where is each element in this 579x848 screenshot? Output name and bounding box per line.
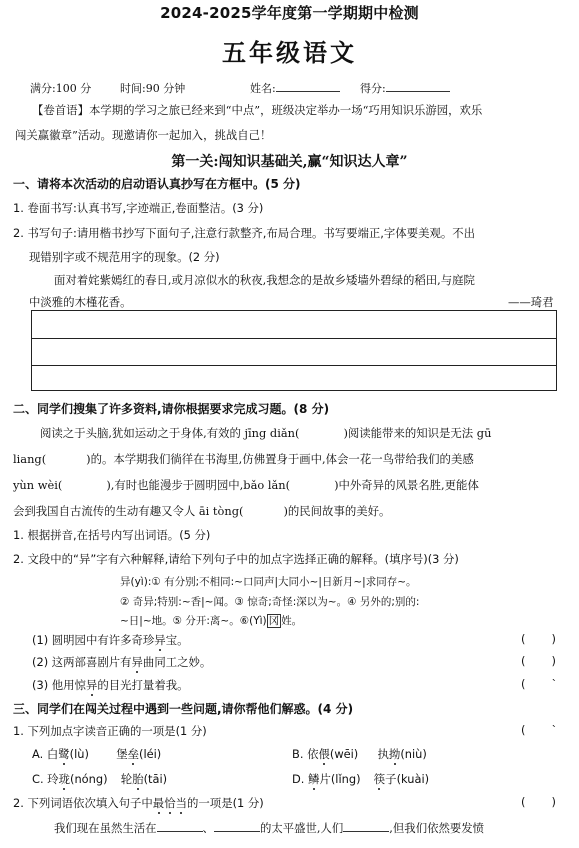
intro-line-1: 【卷首语】本学期的学习之旅已经来到“中点”，班级决定举办一场“巧用知识乐游园，欢…	[32, 102, 482, 118]
fill-blank-2[interactable]	[214, 821, 260, 832]
section-3-q2: 2. 下列词语依次填入句子中最恰当的一项是(1 分)	[13, 795, 264, 811]
level-1-title: 第一关:闯知识基础关,赢“知识达人章”	[0, 151, 579, 171]
option-a[interactable]: A. 白鹭(lù) 堡垒(léi)	[32, 746, 161, 762]
answer-paren-item-3[interactable]: (`	[521, 677, 557, 691]
intro-line-2: 闯关赢徽章”活动。现邀请你一起加入，挑战自己！	[15, 127, 271, 143]
dotted-char: 鹭	[58, 746, 69, 762]
passage-line-1: 阅读之于头脑,犹如运动之于身体,有效的 jīng diǎn()阅读能带来的知识是…	[40, 425, 491, 441]
pinyin: (lǐng)	[331, 772, 361, 786]
passage-text: ),有时也能漫步于圆明园中,bǎo lǎn(	[106, 478, 290, 492]
yi-item-1: (1) 圆明园中有许多奇珍异宝。	[32, 632, 189, 648]
score-blank[interactable]	[386, 81, 450, 92]
full-score: 满分:100 分	[30, 80, 91, 96]
answer-paren-s3-q2[interactable]: ()	[521, 795, 556, 809]
quote-line-1: 面对着姹紫嫣红的春日,或月凉似水的秋夜,我想念的是故乡矮墙外碧绿的稻田,与庭院	[54, 272, 475, 288]
section-3-q1: 1. 下列加点字读音正确的一项是(1 分)	[13, 723, 207, 739]
passage-text: yùn wèi(	[13, 478, 62, 492]
dotted-char: 鳞	[308, 771, 319, 787]
handwriting-box[interactable]	[31, 310, 557, 391]
dotted-char: 珑	[59, 771, 70, 787]
sentence-text: 我们现在虽然生活在	[54, 821, 157, 835]
option-b[interactable]: B. 依偎(wēi) 执拗(niù)	[292, 746, 427, 762]
section-2-q2: 2. 文段中的“异”字有六种解释,请给下列句子中的加点字选择正确的解释。(填序号…	[13, 551, 459, 567]
section-1-heading: 一、请将本次活动的启动语认真抄写在方框中。(5 分)	[13, 175, 301, 192]
pinyin: (léi)	[139, 747, 161, 761]
exam-title: 2024-2025学年度第一学期期中检测	[0, 2, 579, 23]
quote-line-2: 中淡雅的木槿花香。	[29, 294, 132, 310]
answer-paren-s3-q1[interactable]: (`	[521, 723, 557, 737]
passage-text: 会到我国自古流传的生动有趣又令人 āi tòng(	[13, 504, 243, 518]
item-number: (3)	[32, 678, 48, 692]
section-1-q2-line1: 2. 书写句子:请用楷书抄写下面句子,注意行款整齐,布局合理。书写要端正,字体要…	[13, 225, 475, 241]
pinyin: (kuài)	[397, 772, 430, 786]
dotted-char: 恰	[164, 795, 175, 811]
definition-text: 姓。	[281, 615, 302, 627]
section-3-heading: 三、同学们在闯关过程中遇到一些问题,请你帮他们解惑。(4 分)	[13, 700, 353, 717]
pinyin: (lù)	[70, 747, 89, 761]
writing-line	[32, 365, 556, 366]
question-text: 2. 下列词语依次填入句子中	[13, 796, 153, 810]
boxed-character: 冈	[267, 614, 282, 628]
option-label: C.	[32, 772, 44, 786]
pinyin: (nóng)	[70, 772, 108, 786]
pinyin: (tāi)	[144, 772, 168, 786]
name-blank[interactable]	[276, 81, 340, 92]
item-text: 圆明园中有许多奇珍	[52, 633, 155, 647]
sentence-text: ,但我们依然要发愤	[389, 821, 484, 835]
definition-text: ~日|~地。⑤ 分开:离~。⑥(Yì)	[120, 615, 267, 627]
dotted-char: 异	[132, 654, 143, 670]
answer-paren-item-2[interactable]: ()	[521, 654, 556, 668]
item-text: 这两部喜剧片有	[52, 655, 132, 669]
dotted-char: 垒	[128, 746, 139, 762]
section-1-q1: 1. 卷面书写:认真书写,字迹端正,卷面整洁。(3 分)	[13, 200, 263, 216]
option-label: B.	[292, 747, 303, 761]
item-number: (1)	[32, 633, 48, 647]
pinyin: (wēi)	[330, 747, 358, 761]
passage-text: )的。本学期我们徜徉在书海里,仿佛置身于画中,体会一花一鸟带给我们的美感	[86, 452, 474, 466]
dotted-char: 偎	[318, 746, 329, 762]
dotted-char: 异	[86, 677, 97, 693]
writing-line	[32, 338, 556, 339]
passage-line-3: yùn wèi(),有时也能漫步于圆明园中,bǎo lǎn()中外奇异的风景名胜…	[13, 477, 479, 493]
fill-sentence: 我们现在虽然生活在、的太平盛世,人们,但我们依然要发愤	[54, 820, 484, 836]
passage-text: liang(	[13, 452, 46, 466]
definition-line-3: ~日|~地。⑤ 分开:离~。⑥(Yì)冈姓。	[120, 613, 302, 628]
item-text: 的目光打量着我。	[97, 678, 188, 692]
option-label: D.	[292, 772, 304, 786]
item-number: (2)	[32, 655, 48, 669]
yi-item-2: (2) 这两部喜剧片有异曲同工之妙。	[32, 654, 211, 670]
name-label: 姓名:	[250, 82, 276, 95]
item-text: 他用惊	[52, 678, 86, 692]
item-text: 曲同工之妙。	[143, 655, 211, 669]
exam-time: 时间:90 分钟	[120, 80, 185, 96]
passage-line-2: liang()的。本学期我们徜徉在书海里,仿佛置身于画中,体会一花一鸟带给我们的…	[13, 451, 474, 467]
section-2-heading: 二、同学们搜集了许多资料,请你根据要求完成习题。(8 分)	[13, 400, 329, 417]
yi-item-3: (3) 他用惊异的目光打量着我。	[32, 677, 189, 693]
passage-text: )中外奇异的风景名胜,更能体	[334, 478, 479, 492]
fill-blank-3[interactable]	[343, 821, 389, 832]
definition-line-1: 异(yì):① 有分别;不相同:~口同声|大同小~|日新月~|求同存~。	[120, 574, 417, 589]
quote-author: ——琦君	[508, 294, 554, 310]
dotted-char: 异	[154, 632, 165, 648]
score-field[interactable]: 得分:	[360, 80, 450, 96]
passage-line-4: 会到我国自古流传的生动有趣又令人 āi tòng()的民间故事的美好。	[13, 503, 390, 519]
option-label: A.	[32, 747, 43, 761]
section-2-q1: 1. 根据拼音,在括号内写出词语。(5 分)	[13, 527, 210, 543]
answer-paren-item-1[interactable]: ()	[521, 632, 556, 646]
dotted-char: 当	[176, 795, 187, 811]
passage-text: 阅读之于头脑,犹如运动之于身体,有效的 jīng diǎn(	[40, 426, 299, 440]
section-1-q2-line2: 现错别字或不规范用字的现象。(2 分)	[29, 249, 220, 265]
question-text: 的一项是(1 分)	[187, 796, 264, 810]
dotted-char: 筷	[374, 771, 385, 787]
sentence-text: 的太平盛世,人们	[260, 821, 343, 835]
fill-blank-1[interactable]	[157, 821, 203, 832]
pinyin: (niù)	[400, 747, 427, 761]
name-field[interactable]: 姓名:	[250, 80, 340, 96]
definition-line-2: ② 奇异;特别:~香|~闻。③ 惊奇;奇怪:深以为~。④ 另外的;别的:	[120, 594, 419, 609]
option-c[interactable]: C. 玲珑(nóng) 轮胎(tāi)	[32, 771, 167, 787]
item-text: 宝。	[166, 633, 189, 647]
option-d[interactable]: D. 鳞片(lǐng) 筷子(kuài)	[292, 771, 429, 787]
dotted-char: 最	[153, 795, 164, 811]
dotted-char: 胎	[132, 771, 143, 787]
score-label: 得分:	[360, 82, 386, 95]
dotted-char: 拗	[389, 746, 400, 762]
subject-title: 五年级语文	[0, 33, 579, 68]
passage-text: )的民间故事的美好。	[283, 504, 390, 518]
passage-text: )阅读能带来的知识是无法 gū	[343, 426, 491, 440]
